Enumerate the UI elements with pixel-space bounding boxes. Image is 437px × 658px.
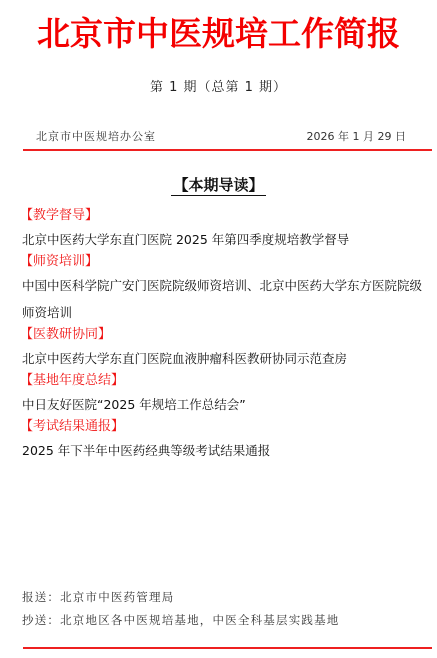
toc-heading-container: 【本期导读】 (0, 175, 437, 196)
footer-divider (23, 647, 432, 649)
toc-list: 【教学督导】 北京中医药大学东直门医院 2025 年第四季度规培教学督导 【师资… (22, 206, 432, 463)
report-to-row: 报送：北京市中医药管理局 (22, 586, 340, 609)
toc-item: 2025 年下半年中医药经典等级考试结果通报 (22, 437, 432, 464)
toc-category: 【师资培训】 (20, 252, 432, 272)
issuing-office: 北京市中医规培办公室 (36, 130, 156, 144)
toc-section-exam-results: 【考试结果通报】 2025 年下半年中医药经典等级考试结果通报 (22, 417, 432, 464)
toc-item: 北京中医药大学东直门医院 2025 年第四季度规培教学督导 (22, 226, 432, 253)
newsletter-title: 北京市中医规培工作简报 (0, 14, 437, 54)
copy-to-label: 抄送： (22, 613, 60, 627)
copy-to-value: 北京地区各中医规培基地，中医全科基层实践基地 (60, 613, 339, 627)
toc-item: 中日友好医院“2025 年规培工作总结会” (22, 391, 432, 418)
toc-section-annual-summary: 【基地年度总结】 中日友好医院“2025 年规培工作总结会” (22, 371, 432, 418)
toc-section-faculty-training: 【师资培训】 中国中医科学院广安门医院院级师资培训、北京中医药大学东方医院院级师… (22, 252, 432, 326)
copy-to-row: 抄送：北京地区各中医规培基地，中医全科基层实践基地 (22, 609, 340, 632)
toc-item: 北京中医药大学东直门医院血液肿瘤科医教研协同示范查房 (22, 345, 432, 372)
toc-category: 【考试结果通报】 (20, 417, 432, 437)
toc-category: 【基地年度总结】 (20, 371, 432, 391)
toc-section-teaching-supervision: 【教学督导】 北京中医药大学东直门医院 2025 年第四季度规培教学督导 (22, 206, 432, 253)
toc-item: 中国中医科学院广安门医院院级师资培训、北京中医药大学东方医院院级师资培训 (22, 272, 432, 326)
toc-section-clinical-research-collab: 【医教研协同】 北京中医药大学东直门医院血液肿瘤科医教研协同示范查房 (22, 325, 432, 372)
toc-category: 【医教研协同】 (20, 325, 432, 345)
toc-category: 【教学督导】 (20, 206, 432, 226)
toc-heading: 【本期导读】 (171, 176, 265, 196)
report-to-label: 报送： (22, 590, 60, 604)
issue-number: 第 1 期（总第 1 期） (0, 80, 437, 96)
header-divider (23, 149, 432, 151)
report-to-value: 北京市中医药管理局 (60, 590, 174, 604)
issue-date: 2026 年 1 月 29 日 (307, 130, 406, 144)
distribution-block: 报送：北京市中医药管理局 抄送：北京地区各中医规培基地，中医全科基层实践基地 (22, 586, 340, 632)
